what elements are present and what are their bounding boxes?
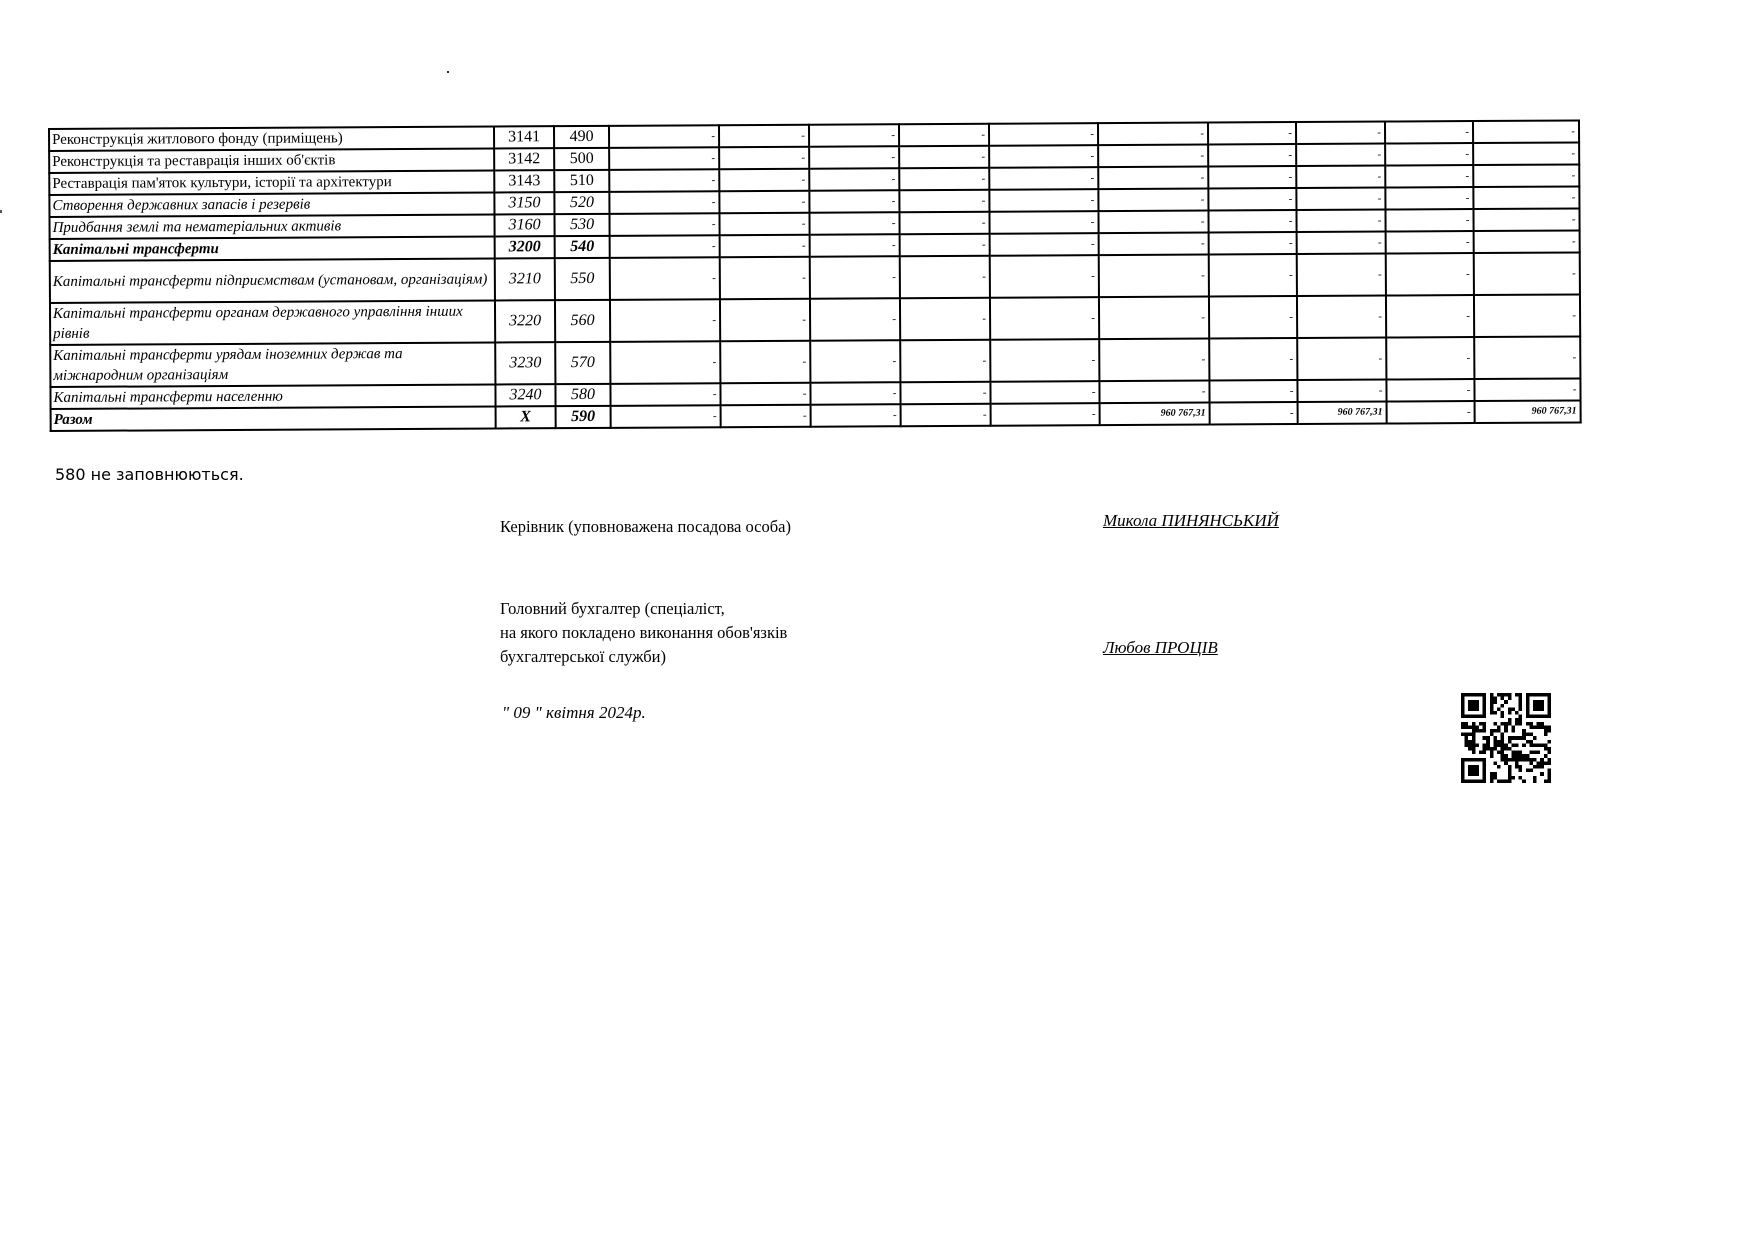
line-code: 550 <box>555 258 610 300</box>
value-cell: - <box>809 146 899 169</box>
value-cell: - <box>1386 231 1474 253</box>
line-code: 520 <box>554 192 609 214</box>
value-cell: - <box>721 405 811 428</box>
value-cell: - <box>1208 144 1296 166</box>
value-cell: - <box>990 381 1099 404</box>
value-cell: - <box>810 234 900 257</box>
value-cell: - <box>809 212 899 235</box>
value-cell: - <box>1296 210 1385 232</box>
kekv-code: 3160 <box>494 214 554 236</box>
value-cell: - <box>720 257 810 300</box>
row-name: Капітальні трансферти органам державного… <box>50 301 495 345</box>
value-cell: - <box>1209 338 1297 380</box>
value-cell: - <box>990 255 1099 298</box>
accountant-label-line: Головний бухгалтер (спеціаліст, <box>500 597 787 621</box>
row-name: Реконструкція житлового фонду (приміщень… <box>49 127 494 151</box>
value-cell: - <box>1296 166 1385 188</box>
value-cell: 960 767,31 <box>1298 402 1387 424</box>
kekv-code: 3210 <box>495 258 555 300</box>
value-cell: - <box>1099 233 1209 256</box>
value-cell: - <box>900 234 990 257</box>
value-cell: - <box>900 340 990 383</box>
line-code: 540 <box>555 236 610 258</box>
value-cell: - <box>1098 211 1208 234</box>
kekv-code: 3142 <box>494 148 554 170</box>
value-cell: - <box>810 382 900 405</box>
value-cell: - <box>900 256 990 299</box>
kekv-code: 3220 <box>495 300 555 342</box>
value-cell: - <box>1474 294 1580 337</box>
value-cell: - <box>991 403 1100 426</box>
value-cell: - <box>1098 167 1208 190</box>
row-name: Капітальні трансферти урядам іноземних д… <box>50 343 495 387</box>
value-cell: - <box>989 211 1098 234</box>
value-cell: - <box>810 298 900 341</box>
kekv-code: 3141 <box>494 126 554 148</box>
value-cell: - <box>810 256 900 299</box>
value-cell: - <box>899 190 989 213</box>
value-cell: - <box>1296 122 1385 144</box>
line-code: 530 <box>554 214 609 236</box>
line-code: 580 <box>555 384 610 406</box>
value-cell: - <box>990 339 1099 382</box>
value-cell: - <box>1209 254 1297 296</box>
accountant-signature-label: Головний бухгалтер (спеціаліст, на якого… <box>500 597 787 669</box>
line-code: 510 <box>554 170 609 192</box>
value-cell: - <box>1474 336 1580 379</box>
row-name: Реконструкція та реставрація інших об'єк… <box>49 149 494 173</box>
value-cell: - <box>1210 402 1298 424</box>
value-cell: - <box>1474 378 1580 401</box>
kekv-code: 3230 <box>495 342 555 384</box>
value-cell: - <box>719 125 809 148</box>
value-cell: - <box>1386 379 1474 401</box>
value-cell: - <box>1296 144 1385 166</box>
value-cell: - <box>719 191 809 214</box>
value-cell: - <box>810 340 900 383</box>
value-cell: - <box>1208 166 1296 188</box>
kekv-code: 3200 <box>495 236 555 258</box>
value-cell: - <box>1098 145 1208 168</box>
line-code: 500 <box>554 148 609 170</box>
value-cell: - <box>900 382 990 405</box>
value-cell: - <box>1098 189 1208 212</box>
value-cell: - <box>610 257 720 300</box>
value-cell: - <box>989 123 1098 146</box>
value-cell: - <box>720 341 810 384</box>
value-cell: - <box>1473 142 1579 165</box>
line-code: 490 <box>554 126 609 148</box>
value-cell: - <box>1386 337 1474 379</box>
value-cell: - <box>1473 186 1579 209</box>
line-code: 560 <box>555 300 610 342</box>
value-cell: - <box>1473 120 1579 143</box>
accountant-label-line: бухгалтерської служби) <box>500 645 787 669</box>
value-cell: - <box>901 404 991 427</box>
value-cell: - <box>1099 381 1209 404</box>
value-cell: - <box>1099 255 1209 298</box>
value-cell: - <box>609 169 719 192</box>
value-cell: - <box>610 383 720 406</box>
value-cell: - <box>720 383 810 406</box>
row-name: Створення державних запасів і резервів <box>49 193 494 217</box>
report-table-wrapper: Реконструкція житлового фонду (приміщень… <box>48 119 1580 432</box>
value-cell: - <box>609 213 719 236</box>
scan-edge-mark <box>0 210 2 213</box>
value-cell: - <box>1386 295 1474 337</box>
accountant-signature-name: Любов ПРОЦІВ <box>1103 638 1218 658</box>
value-cell: - <box>610 235 720 258</box>
value-cell: - <box>1208 210 1296 232</box>
value-cell: - <box>809 124 899 147</box>
value-cell: - <box>719 147 809 170</box>
row-name: Капітальні трансферти <box>50 237 495 261</box>
value-cell: - <box>610 341 720 384</box>
value-cell: - <box>1297 380 1386 402</box>
row-name: Разом <box>51 407 496 431</box>
value-cell: - <box>1385 187 1473 209</box>
value-cell: - <box>610 299 720 342</box>
value-cell: - <box>1297 296 1386 338</box>
value-cell: - <box>719 169 809 192</box>
value-cell: - <box>1208 122 1296 144</box>
row-name: Придбання землі та нематеріальних активі… <box>49 215 494 239</box>
footnote: 580 не заповнюються. <box>55 465 244 484</box>
value-cell: - <box>809 168 899 191</box>
value-cell: - <box>1098 123 1208 146</box>
value-cell: - <box>1208 188 1296 210</box>
value-cell: - <box>719 213 809 236</box>
value-cell: - <box>1209 296 1297 338</box>
value-cell: - <box>1209 232 1297 254</box>
value-cell: - <box>1296 188 1385 210</box>
value-cell: - <box>811 404 901 427</box>
value-cell: - <box>990 233 1099 256</box>
value-cell: - <box>720 299 810 342</box>
value-cell: 960 767,31 <box>1475 400 1581 423</box>
value-cell: - <box>1297 254 1386 296</box>
row-name: Капітальні трансферти населенню <box>50 385 495 409</box>
value-cell: - <box>899 212 989 235</box>
value-cell: - <box>1473 208 1579 231</box>
value-cell: - <box>1473 164 1579 187</box>
value-cell: - <box>1385 209 1473 231</box>
value-cell: - <box>1474 230 1580 253</box>
value-cell: - <box>899 124 989 147</box>
head-signature-label: Керівник (уповноважена посадова особа) <box>500 515 791 539</box>
line-code: 570 <box>555 342 610 384</box>
qr-code-icon <box>1461 693 1551 783</box>
value-cell: - <box>1209 380 1297 402</box>
row-name: Капітальні трансферти підприємствам (уст… <box>50 259 495 303</box>
value-cell: - <box>609 125 719 148</box>
value-cell: - <box>900 298 990 341</box>
value-cell: - <box>1386 253 1474 295</box>
row-name: Реставрація пам'яток культури, історії т… <box>49 171 494 195</box>
value-cell: - <box>989 189 1098 212</box>
capital-expenditures-table: Реконструкція житлового фонду (приміщень… <box>48 119 1582 432</box>
value-cell: - <box>1385 121 1473 143</box>
value-cell: - <box>899 168 989 191</box>
value-cell: - <box>1474 252 1580 295</box>
value-cell: - <box>989 145 1098 168</box>
kekv-code: X <box>496 406 556 428</box>
value-cell: - <box>899 146 989 169</box>
value-cell: 960 767,31 <box>1100 403 1210 426</box>
value-cell: - <box>990 297 1099 340</box>
head-signature-name: Микола ПИНЯНСЬКИЙ <box>1103 511 1279 531</box>
scan-speck <box>447 71 449 73</box>
kekv-code: 3143 <box>494 170 554 192</box>
value-cell: - <box>989 167 1098 190</box>
signature-date: " 09 " квітня 2024р. <box>502 703 646 723</box>
value-cell: - <box>720 235 810 258</box>
value-cell: - <box>609 191 719 214</box>
value-cell: - <box>809 190 899 213</box>
value-cell: - <box>1385 143 1473 165</box>
line-code: 590 <box>556 406 611 428</box>
value-cell: - <box>1385 165 1473 187</box>
table-body: Реконструкція житлового фонду (приміщень… <box>49 120 1581 431</box>
value-cell: - <box>1387 401 1475 423</box>
accountant-label-line: на якого покладено виконання обов'язків <box>500 621 787 645</box>
value-cell: - <box>1099 339 1209 382</box>
value-cell: - <box>1297 338 1386 380</box>
value-cell: - <box>611 405 721 428</box>
kekv-code: 3240 <box>495 384 555 406</box>
value-cell: - <box>609 147 719 170</box>
value-cell: - <box>1297 232 1386 254</box>
value-cell: - <box>1099 297 1209 340</box>
kekv-code: 3150 <box>494 192 554 214</box>
